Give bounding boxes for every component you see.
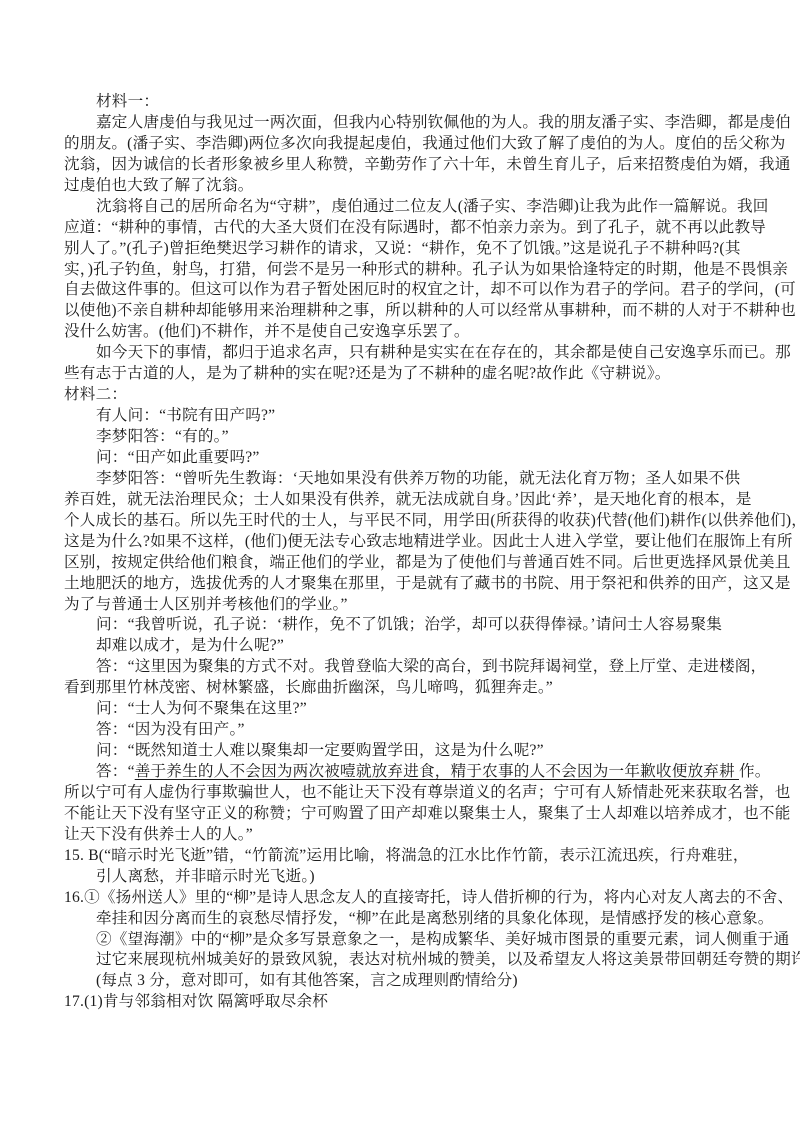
text-line: (每点 3 分，意对即可，如有其他答案，言之成理则酌情给分) [64, 971, 740, 992]
text-line: 却难以成才，是为什么呢?” [64, 636, 740, 657]
text-segment: 养百姓，就无法治理民众；士人如果没有供养，就无法成就自身。’因此‘养’，是天地化… [64, 491, 752, 508]
text-segment: 自去做这件事的。但这可以作为君子暂处困厄时的权宜之计，却不可以作为君子的学问。君… [64, 281, 796, 298]
text-segment: 问：“我曾听说，孔子说：‘耕作，免不了饥饿；治学，却可以获得俸禄。’请问士人容易… [96, 616, 722, 633]
text-segment: 没什么妨害。(他们)不耕作，并不是使自己安逸享乐罢了。 [64, 323, 470, 340]
text-segment: 15. B(“暗示时光飞逝”错，“竹箭流”运用比喻，将湍急的江水比作竹箭，表示江… [64, 847, 749, 864]
text-line: 个人成长的基石。所以先王时代的士人，与平民不同，用学田(所获得的收获)代替(他们… [64, 511, 740, 532]
text-segment: 材料一： [96, 93, 159, 110]
text-line: 材料二： [64, 385, 740, 406]
text-line: 问：“我曾听说，孔子说：‘耕作，免不了饥饿；治学，却可以获得俸禄。’请问士人容易… [64, 615, 740, 636]
document-page: 材料一：嘉定人唐虔伯与我见过一两次面，但我内心特别钦佩他的为人。我的朋友潘子实、… [0, 0, 800, 1131]
text-segment: 沈翁，因为诚信的长者形象被乡里人称赞，辛勤劳作了六十年，未曾生育儿子，后来招赘虔… [64, 156, 791, 173]
text-segment: 16.①《扬州送人》里的“柳”是诗人思念友人的直接寄托，诗人借折柳的行为，将内心… [64, 889, 793, 906]
text-line: 答：“因为没有田产。” [64, 720, 740, 741]
text-segment: 17.(1)肯与邻翁相对饮 隔篱呼取尽余杯 [64, 993, 328, 1010]
text-segment: 如今天下的事情，都归于追求名声，只有耕种是实实在在存在的，其余都是使自己安逸享乐… [96, 344, 791, 361]
text-line: 15. B(“暗示时光飞逝”错，“竹箭流”运用比喻，将湍急的江水比作竹箭，表示江… [64, 846, 740, 867]
text-segment: 问：“既然知道士人难以聚集却一定要购置学田，这是为什么呢?” [96, 742, 544, 759]
text-line: 过虔伯也大致了解了沈翁。 [64, 176, 740, 197]
text-line: 看到那里竹林茂密、树林繁盛，长廊曲折幽深，鸟儿啼鸣，狐狸奔走。” [64, 678, 740, 699]
text-line: 土地肥沃的地方，选拔优秀的人才聚集在那里，于是就有了藏书的书院、用于祭祀和供养的… [64, 574, 740, 595]
text-segment: 材料二： [64, 386, 127, 403]
text-segment: 别人了。”(孔子)曾拒绝樊迟学习耕作的请求，又说：“耕作，免不了饥饿。”这是说孔… [64, 240, 741, 257]
text-line: 16.①《扬州送人》里的“柳”是诗人思念友人的直接寄托，诗人借折柳的行为，将内心… [64, 888, 740, 909]
text-line: 17.(1)肯与邻翁相对饮 隔篱呼取尽余杯 [64, 992, 740, 1013]
text-line: 有人问：“书院有田产吗?” [64, 406, 740, 427]
text-segment: 的朋友。(潘子实、李浩卿)两位多次向我提起虔伯，我通过他们大致了解了虔伯的为人。… [64, 135, 786, 152]
text-line: 自去做这件事的。但这可以作为君子暂处困厄时的权宜之计，却不可以作为君子的学问。君… [64, 280, 740, 301]
text-line: 材料一： [64, 92, 740, 113]
text-segment: 问：“田产如此重要吗?” [96, 449, 260, 466]
text-line: 让天下没有供养士人的人。” [64, 825, 740, 846]
text-line: 沈翁将自己的居所命名为“守耕”，虔伯通过二位友人(潘子实、李浩卿)让我为此作一篇… [64, 197, 740, 218]
text-line: 区别，按规定供给他们粮食，端正他们的学业，都是为了使他们与普通百姓不同。后世更选… [64, 553, 740, 574]
text-segment: 过虔伯也大致了解了沈翁。 [64, 177, 254, 194]
text-line: 以使他)不亲自耕种却能够用来治理耕种之事，所以耕种的人可以经常从事耕种，而不耕的… [64, 301, 740, 322]
text-line: 答：“善于养生的人不会因为两次被噎就放弃进食，精于农事的人不会因为一年歉收便放弃… [64, 762, 740, 783]
text-segment: 土地肥沃的地方，选拔优秀的人才聚集在那里，于是就有了藏书的书院、用于祭祀和供养的… [64, 575, 791, 592]
text-segment: 作。 [739, 763, 771, 780]
text-segment: 答：“ [96, 763, 135, 780]
text-segment: 这是为什么?如果不这样，(他们)便无法专心致志地精进学业。因此士人进入学堂，要让… [64, 533, 793, 550]
text-line: 如今天下的事情，都归于追求名声，只有耕种是实实在在存在的，其余都是使自己安逸享乐… [64, 343, 740, 364]
text-segment: 有人问：“书院有田产吗?” [96, 407, 275, 424]
text-line: 答：“这里因为聚集的方式不对。我曾登临大梁的高台，到书院拜谒祠堂，登上厅堂、走进… [64, 657, 740, 678]
text-segment: (每点 3 分，意对即可，如有其他答案，言之成理则酌情给分) [96, 972, 518, 989]
text-line: 没什么妨害。(他们)不耕作，并不是使自己安逸享乐罢了。 [64, 322, 740, 343]
text-segment: 让天下没有供养士人的人。” [64, 826, 253, 843]
text-segment: 看到那里竹林茂密、树林繁盛，长廊曲折幽深，鸟儿啼鸣，狐狸奔走。” [64, 679, 553, 696]
text-line: 李梦阳答：“有的。” [64, 427, 740, 448]
document-body: 材料一：嘉定人唐虔伯与我见过一两次面，但我内心特别钦佩他的为人。我的朋友潘子实、… [64, 92, 740, 1013]
text-line: 实，)孔子钓鱼，射鸟，打猎，何尝不是另一种形式的耕种。孔子认为如果恰逢特定的时期… [64, 260, 740, 281]
text-segment: 所以宁可有人虚伪行事欺骗世人，也不能让天下没有尊崇道义的名声；宁可有人矫情赴死来… [64, 784, 791, 801]
text-segment: 引人离愁，并非暗示时光飞逝。) [96, 868, 315, 885]
text-line: 嘉定人唐虔伯与我见过一两次面，但我内心特别钦佩他的为人。我的朋友潘子实、李浩卿，… [64, 113, 740, 134]
text-line: 引人离愁，并非暗示时光飞逝。) [64, 867, 740, 888]
text-line: 不能让天下没有坚守正义的称赞；宁可购置了田产却难以聚集士人，聚集了士人却难以培养… [64, 804, 740, 825]
text-line: 问：“田产如此重要吗?” [64, 448, 740, 469]
text-segment: 牵挂和因分离而生的哀愁尽情抒发，“柳”在此是离愁别绪的具象化体现，是情感抒发的核… [96, 910, 774, 927]
text-segment: 问：“士人为何不聚集在这里?” [96, 700, 307, 717]
text-segment: 过它来展现杭州城美好的景致风貌，表达对杭州城的赞美，以及希望友人将这美景带回朝廷… [96, 951, 800, 968]
text-segment: 不能让天下没有坚守正义的称赞；宁可购置了田产却难以聚集士人，聚集了士人却难以培养… [64, 805, 791, 822]
text-segment: 答：“因为没有田产。” [96, 721, 245, 738]
text-segment: 个人成长的基石。所以先王时代的士人，与平民不同，用学田(所获得的收获)代替(他们… [64, 512, 800, 529]
text-line: 应道：“耕种的事情，古代的大圣大贤们在没有际遇时，都不怕亲力亲为。到了孔子，就不… [64, 218, 740, 239]
text-segment: 些有志于古道的人，是为了耕种的实在呢?还是为了不耕种的虚名呢?故作此《守耕说》。 [64, 365, 671, 382]
text-line: 的朋友。(潘子实、李浩卿)两位多次向我提起虔伯，我通过他们大致了解了虔伯的为人。… [64, 134, 740, 155]
text-line: 别人了。”(孔子)曾拒绝樊迟学习耕作的请求，又说：“耕作，免不了饥饿。”这是说孔… [64, 239, 740, 260]
text-line: 牵挂和因分离而生的哀愁尽情抒发，“柳”在此是离愁别绪的具象化体现，是情感抒发的核… [64, 909, 740, 930]
text-line: 些有志于古道的人，是为了耕种的实在呢?还是为了不耕种的虚名呢?故作此《守耕说》。 [64, 364, 740, 385]
text-segment: 实，)孔子钓鱼，射鸟，打猎，何尝不是另一种形式的耕种。孔子认为如果恰逢特定的时期… [64, 261, 788, 278]
text-segment: 沈翁将自己的居所命名为“守耕”，虔伯通过二位友人(潘子实、李浩卿)让我为此作一篇… [96, 198, 769, 215]
text-line: 这是为什么?如果不这样，(他们)便无法专心致志地精进学业。因此士人进入学堂，要让… [64, 532, 740, 553]
text-segment: 却难以成才，是为什么呢?” [96, 637, 284, 654]
text-segment: 为了与普通士人区别并考核他们的学业。” [64, 596, 348, 613]
text-segment: 李梦阳答：“有的。” [96, 428, 229, 445]
underlined-text: 善于养生的人不会因为两次被噎就放弃进食，精于农事的人不会因为一年歉收便放弃耕 [135, 763, 739, 780]
text-segment: 区别，按规定供给他们粮食，端正他们的学业，都是为了使他们与普通百姓不同。后世更选… [64, 554, 791, 571]
text-segment: 以使他)不亲自耕种却能够用来治理耕种之事，所以耕种的人可以经常从事耕种，而不耕的… [64, 302, 796, 319]
text-line: 李梦阳答：“曾听先生教诲：‘天地如果没有供养万物的功能，就无法化育万物；圣人如果… [64, 469, 740, 490]
text-line: 问：“士人为何不聚集在这里?” [64, 699, 740, 720]
text-segment: 嘉定人唐虔伯与我见过一两次面，但我内心特别钦佩他的为人。我的朋友潘子实、李浩卿，… [96, 114, 791, 131]
text-segment: 李梦阳答：“曾听先生教诲：‘天地如果没有供养万物的功能，就无法化育万物；圣人如果… [96, 470, 740, 487]
text-segment: ②《望海潮》中的“柳”是众多写景意象之一，是构成繁华、美好城市图景的重要元素，词… [96, 931, 789, 948]
text-line: 养百姓，就无法治理民众；士人如果没有供养，就无法成就自身。’因此‘养’，是天地化… [64, 490, 740, 511]
text-line: 为了与普通士人区别并考核他们的学业。” [64, 595, 740, 616]
text-line: 所以宁可有人虚伪行事欺骗世人，也不能让天下没有尊崇道义的名声；宁可有人矫情赴死来… [64, 783, 740, 804]
text-line: 问：“既然知道士人难以聚集却一定要购置学田，这是为什么呢?” [64, 741, 740, 762]
text-segment: 答：“这里因为聚集的方式不对。我曾登临大梁的高台，到书院拜谒祠堂，登上厅堂、走进… [96, 658, 766, 675]
text-line: 沈翁，因为诚信的长者形象被乡里人称赞，辛勤劳作了六十年，未曾生育儿子，后来招赘虔… [64, 155, 740, 176]
text-line: 过它来展现杭州城美好的景致风貌，表达对杭州城的赞美，以及希望友人将这美景带回朝廷… [64, 950, 740, 971]
text-segment: 应道：“耕种的事情，古代的大圣大贤们在没有际遇时，都不怕亲力亲为。到了孔子，就不… [64, 219, 766, 236]
text-line: ②《望海潮》中的“柳”是众多写景意象之一，是构成繁华、美好城市图景的重要元素，词… [64, 930, 740, 951]
